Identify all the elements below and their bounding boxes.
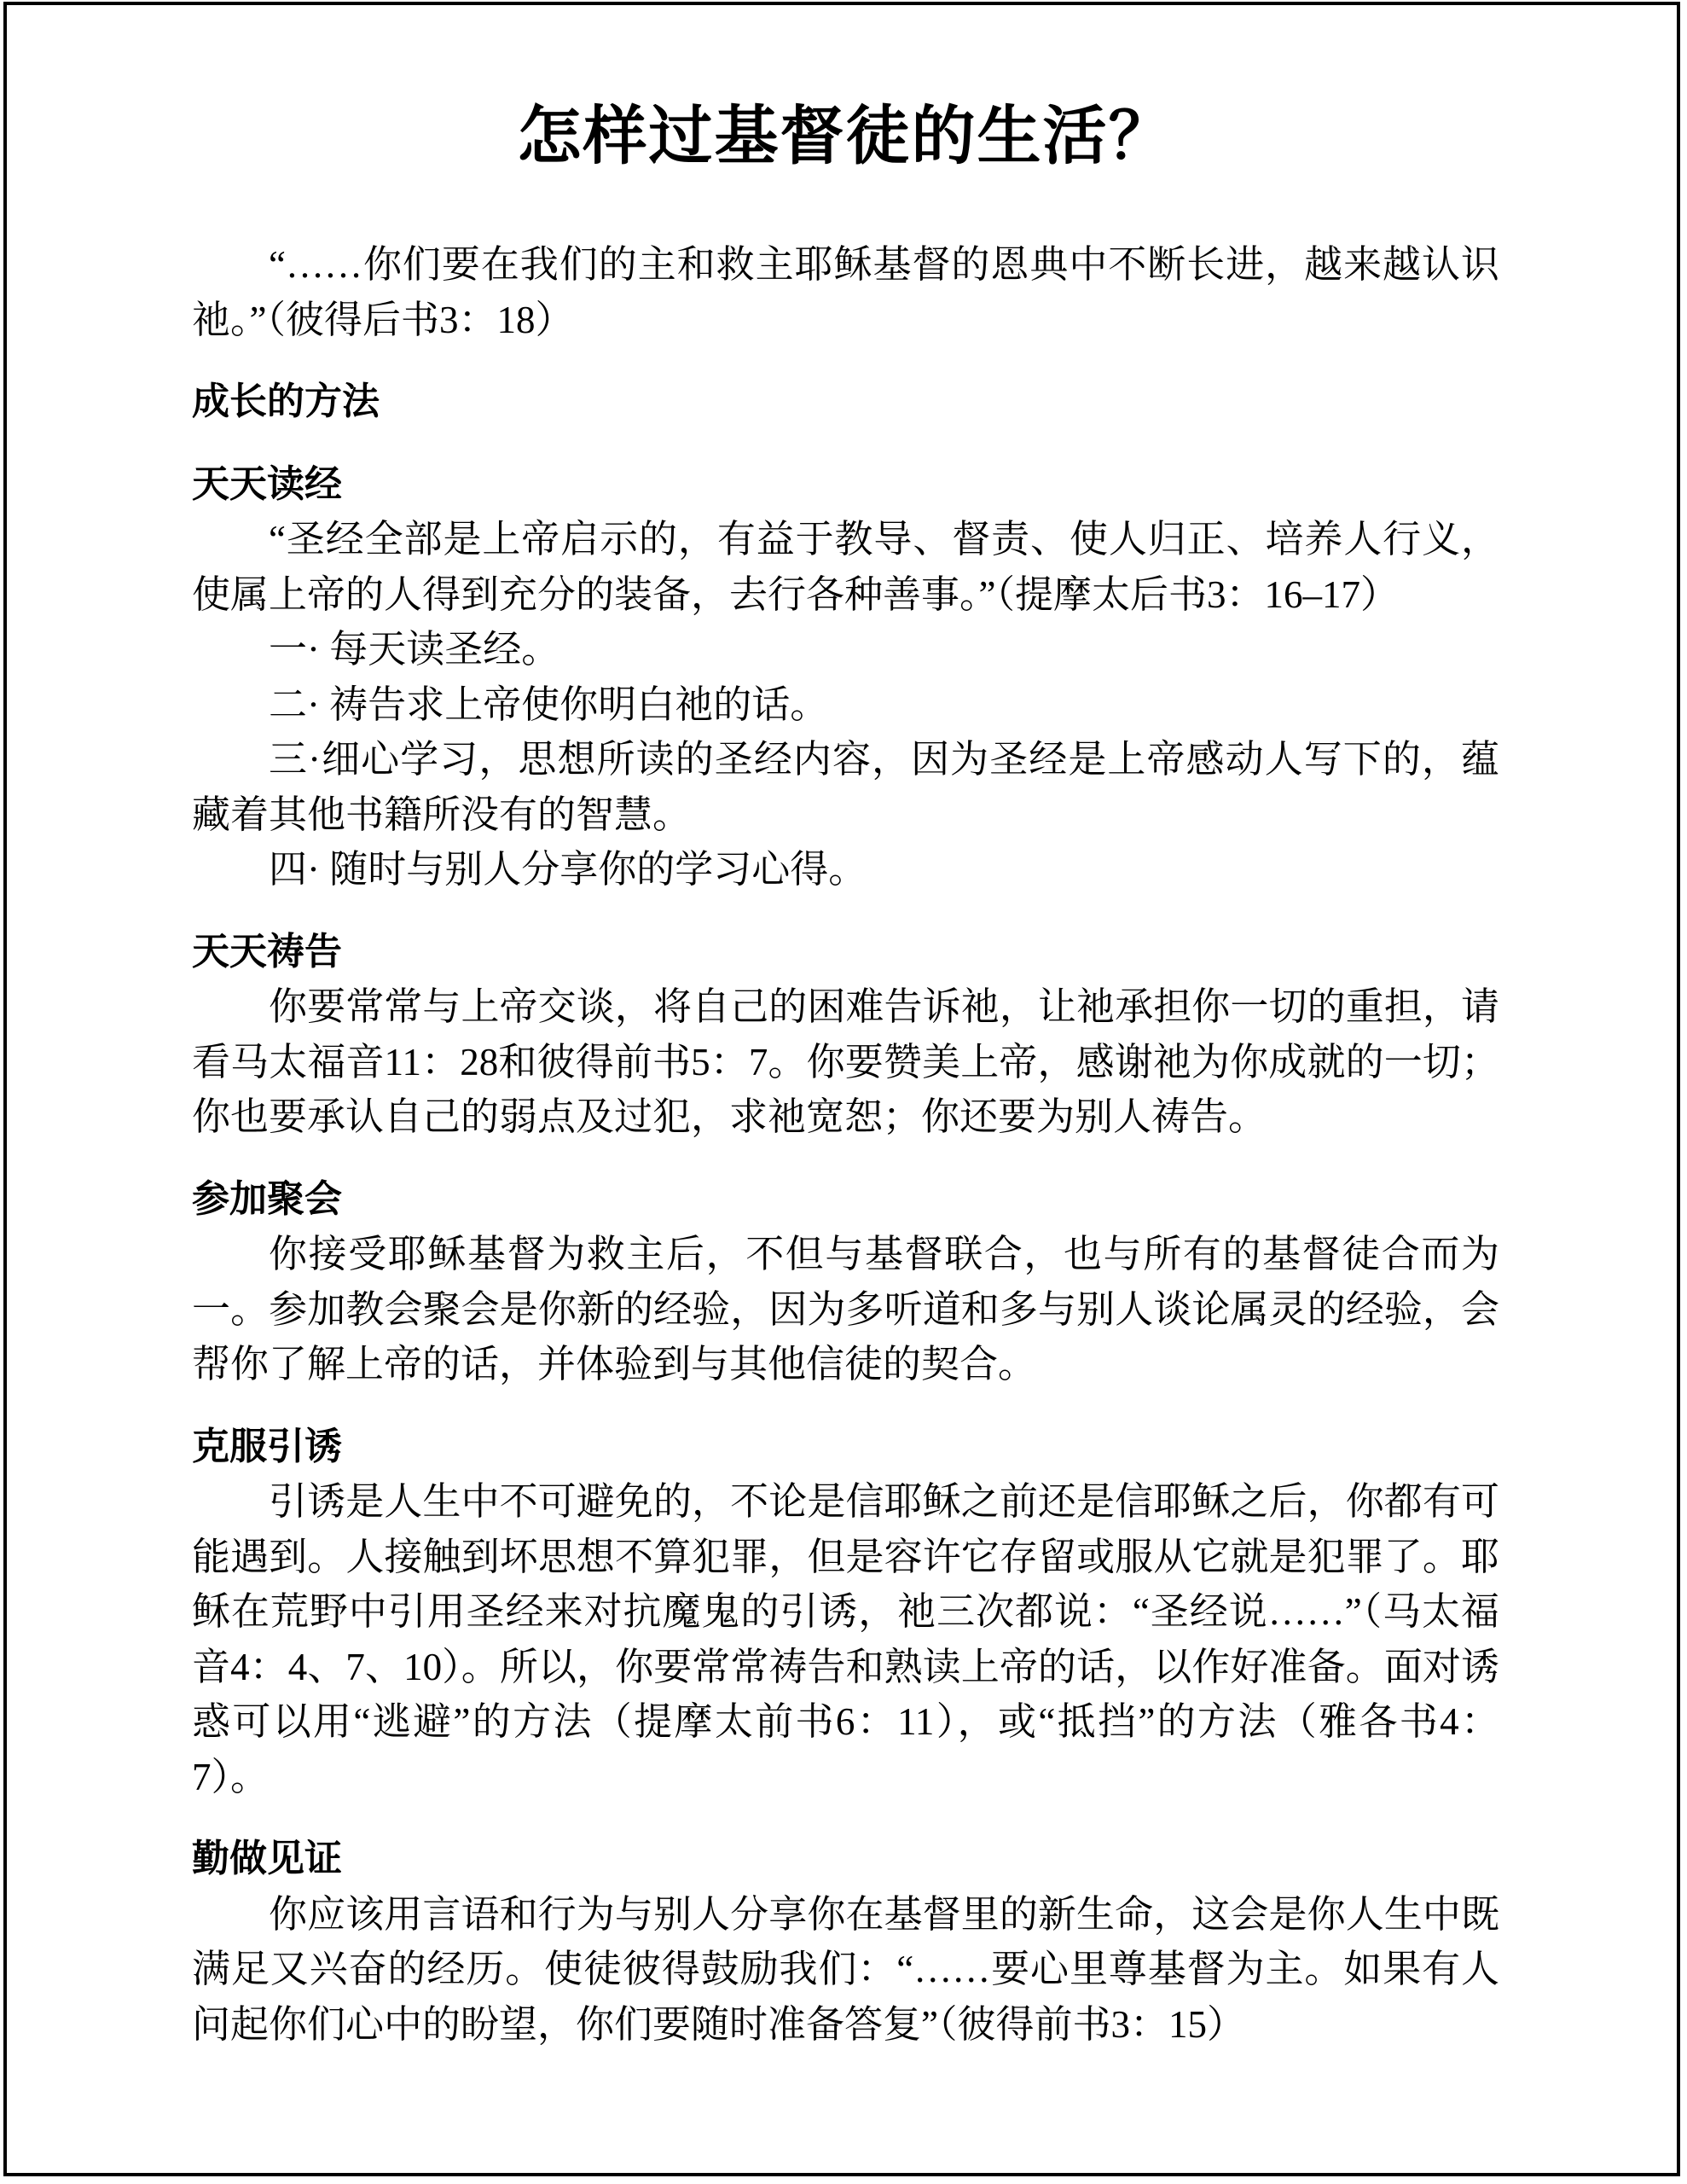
section-paragraph: “圣经全部是上帝启示的，有益于教导、督责、使人归正、培养人行义，使属上帝的人得到… [192,512,1499,622]
section-paragraph: 引诱是人生中不可避免的，不论是信耶稣之前还是信耶稣之后，你都有可能遇到。人接触到… [192,1474,1499,1804]
list-item: 二· 祷告求上帝使你明白祂的话。 [192,677,1499,733]
section-heading-overcome-temptation: 克服引诱 [192,1420,1499,1475]
section-heading-daily-bible-reading: 天天读经 [192,457,1499,513]
section-heading-daily-prayer: 天天祷告 [192,925,1499,980]
section-paragraph: 你要常常与上帝交谈，将自己的困难告诉祂，让祂承担你一切的重担，请看马太福音11：… [192,979,1499,1145]
list-item: 三·细心学习，思想所读的圣经内容，因为圣经是上帝感动人写下的，蕴藏着其他书籍所没… [192,732,1499,842]
section-heading-growth-methods: 成长的方法 [192,375,1499,430]
document-page: 怎样过基督徒的生活？ “……你们要在我们的主和救主耶稣基督的恩典中不断长进，越来… [0,0,1687,2184]
section-paragraph: 你接受耶稣基督为救主后，不但与基督联合，也与所有的基督徒合而为一。参加教会聚会是… [192,1227,1499,1392]
document-content: 怎样过基督徒的生活？ “……你们要在我们的主和救主耶稣基督的恩典中不断长进，越来… [192,0,1499,2052]
list-item: 四· 随时与别人分享你的学习心得。 [192,842,1499,897]
intro-paragraph: “……你们要在我们的主和救主耶稣基督的恩典中不断长进，越来越认识祂。”（彼得后书… [192,237,1499,347]
list-item: 一· 每天读圣经。 [192,622,1499,677]
page-title: 怎样过基督徒的生活？ [192,101,1499,174]
section-heading-witness-diligently: 勤做见证 [192,1832,1499,1887]
section-heading-attend-meetings: 参加聚会 [192,1172,1499,1228]
section-paragraph: 你应该用言语和行为与别人分享你在基督里的新生命，这会是你人生中既满足又兴奋的经历… [192,1887,1499,2053]
